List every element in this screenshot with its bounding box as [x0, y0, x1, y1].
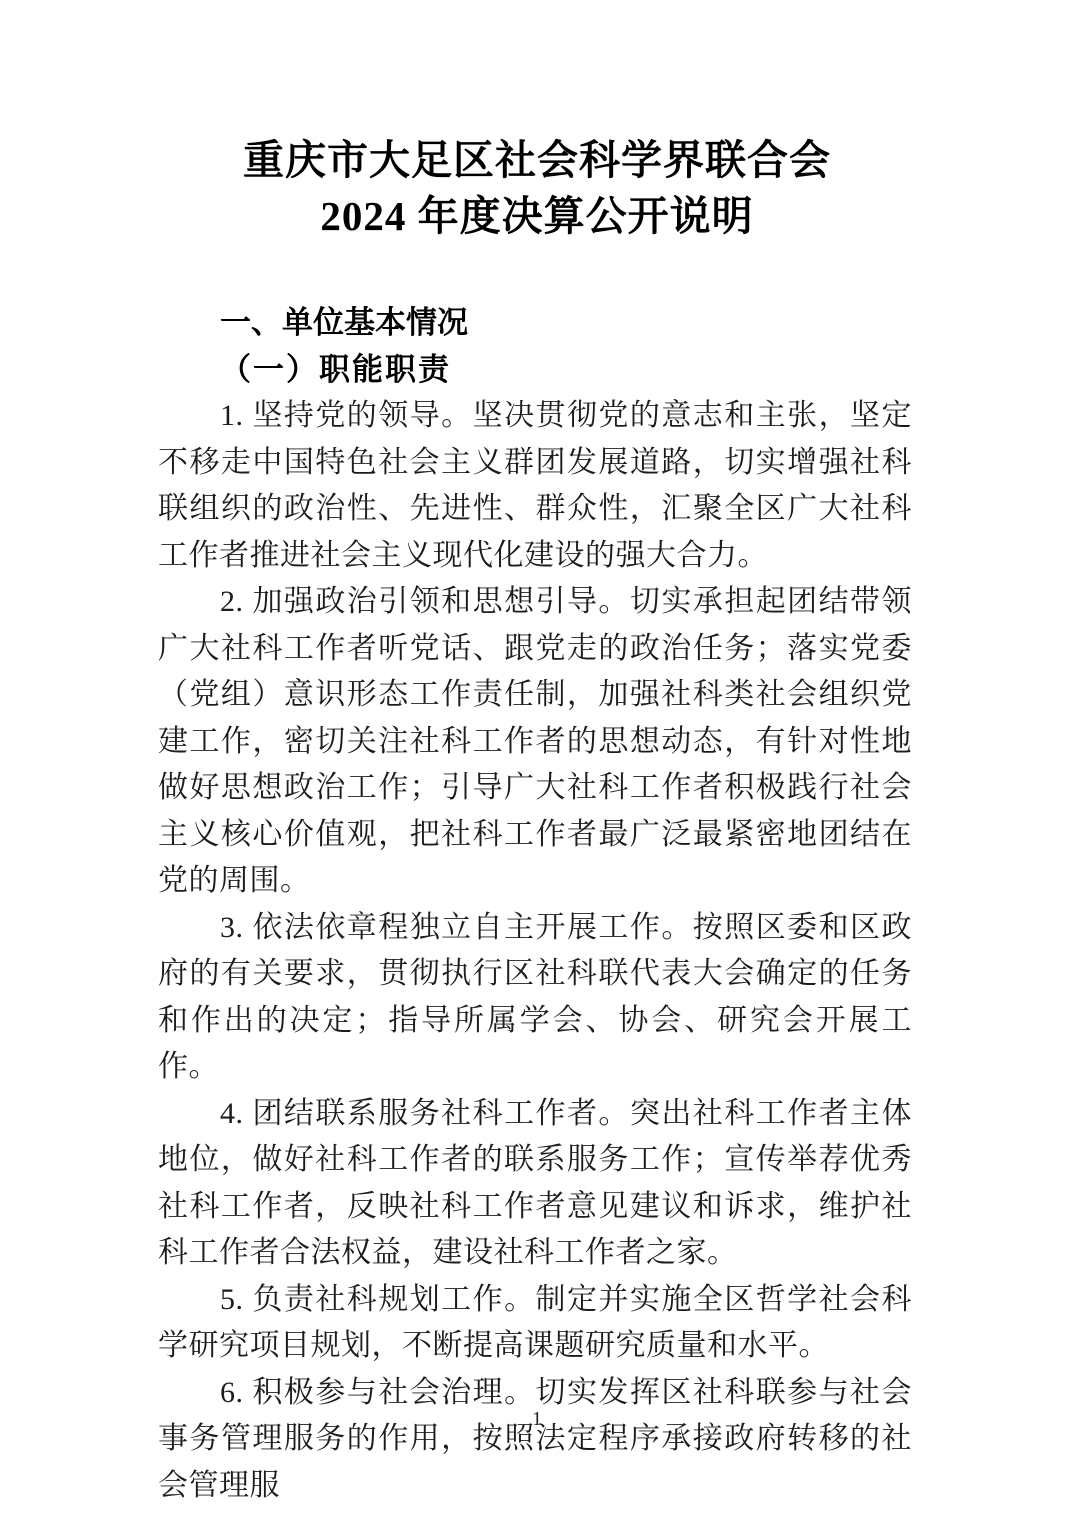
- paragraph-4: 4. 团结联系服务社科工作者。突出社科工作者主体地位，做好社科工作者的联系服务工…: [158, 1091, 912, 1277]
- document-body: 一、单位基本情况 （一）职能职责 1. 坚持党的领导。坚决贯彻党的意志和主张，坚…: [158, 300, 912, 1509]
- document-page: 重庆市大足区社会科学界联合会 2024 年度决算公开说明 一、单位基本情况 （一…: [0, 0, 1074, 1520]
- title-line-2: 2024 年度决算公开说明: [0, 188, 1074, 244]
- paragraph-1: 1. 坚持党的领导。坚决贯彻党的意志和主张，坚定不移走中国特色社会主义群团发展道…: [158, 393, 912, 579]
- paragraph-5: 5. 负责社科规划工作。制定并实施全区哲学社会科学研究项目规划，不断提高课题研究…: [158, 1277, 912, 1370]
- paragraph-6: 6. 积极参与社会治理。切实发挥区社科联参与社会事务管理服务的作用，按照法定程序…: [158, 1370, 912, 1510]
- subsection-heading-duties: （一）职能职责: [158, 347, 912, 394]
- page-number: 1: [0, 1406, 1074, 1432]
- paragraph-3: 3. 依法依章程独立自主开展工作。按照区委和区政府的有关要求，贯彻执行区社科联代…: [158, 905, 912, 1091]
- section-heading-basic-info: 一、单位基本情况: [158, 300, 912, 347]
- document-title: 重庆市大足区社会科学界联合会 2024 年度决算公开说明: [0, 132, 1074, 244]
- paragraph-2: 2. 加强政治引领和思想引导。切实承担起团结带领广大社科工作者听党话、跟党走的政…: [158, 579, 912, 905]
- title-line-1: 重庆市大足区社会科学界联合会: [0, 132, 1074, 188]
